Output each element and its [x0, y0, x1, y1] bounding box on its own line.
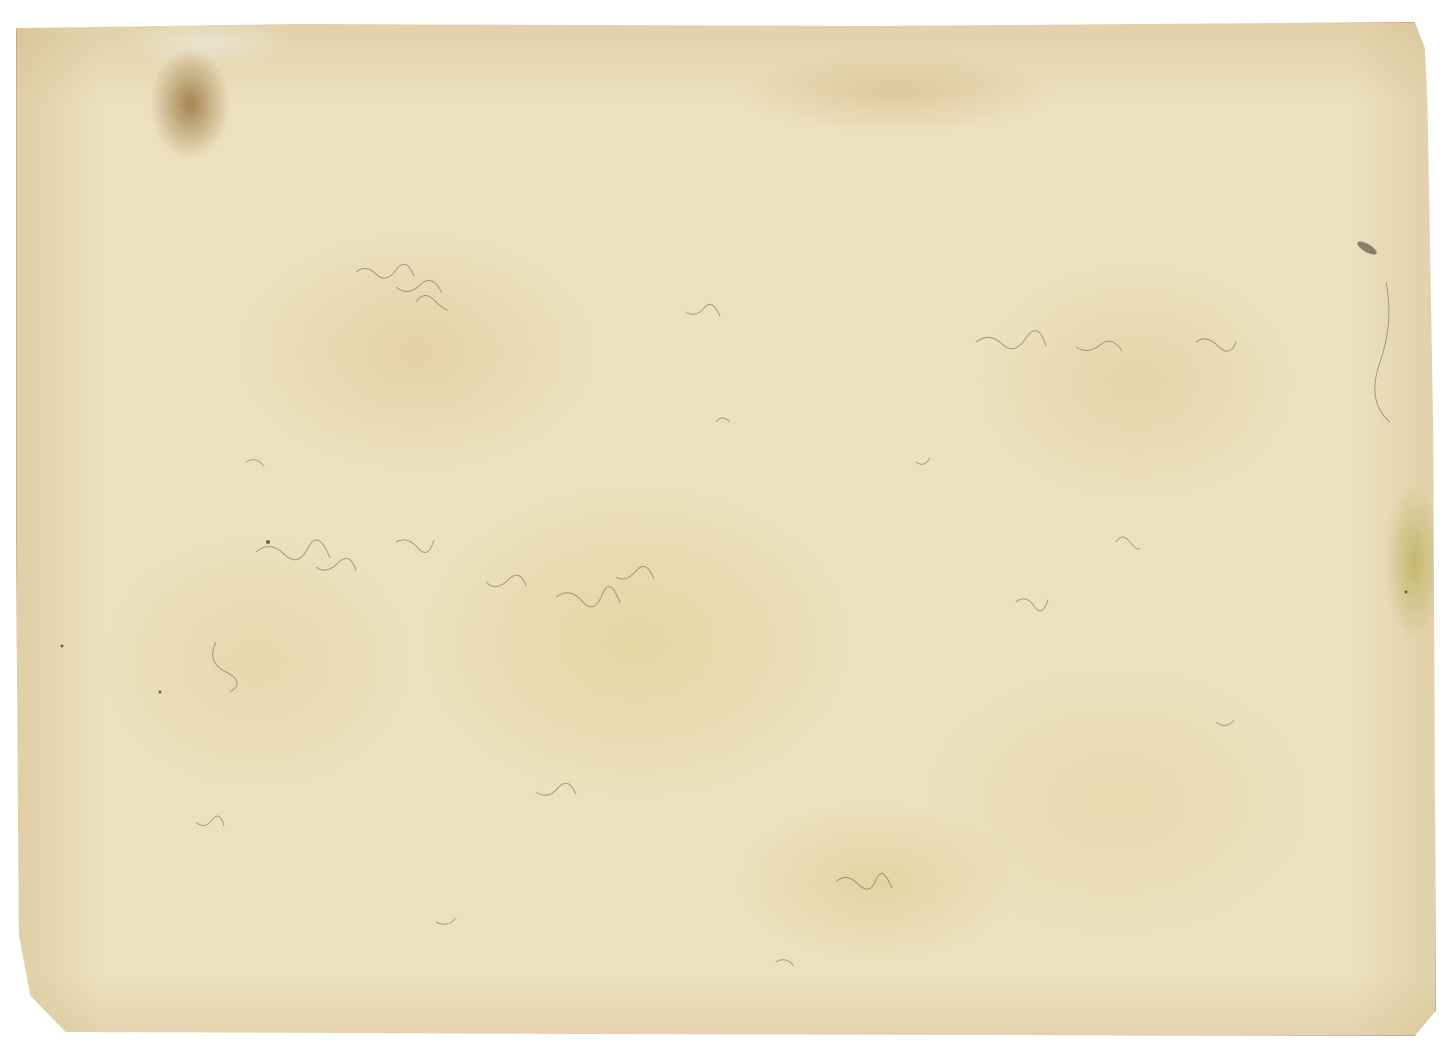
aged-paper-sheet: [16, 22, 1436, 1036]
paper-fibers: [16, 22, 1436, 1036]
paper-edge: [16, 22, 1436, 1036]
photo-stage: [0, 0, 1452, 1054]
dark-crease-mark: [1355, 239, 1378, 257]
